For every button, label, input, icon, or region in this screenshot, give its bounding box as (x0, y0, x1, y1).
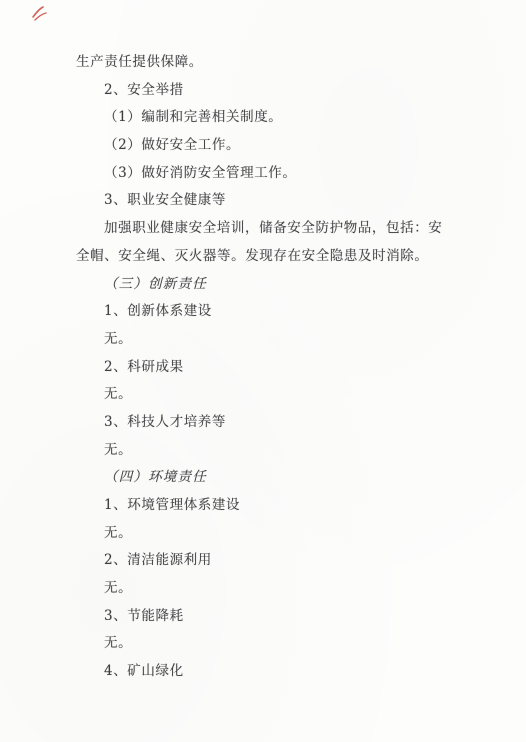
text-line: 无。 (76, 575, 458, 603)
text-line: 生产责任提供保障。 (76, 49, 458, 77)
text-line: （1）编制和完善相关制度。 (76, 104, 458, 132)
text-line: 无。 (76, 326, 458, 354)
text-line: 1、创新体系建设 (76, 298, 458, 326)
text-line: 3、职业安全健康等 (76, 187, 458, 215)
red-pen-mark-icon (30, 5, 50, 23)
text-line: 2、清洁能源利用 (76, 547, 458, 575)
text-line: 2、科研成果 (76, 354, 458, 382)
text-line: 4、矿山绿化 (76, 658, 458, 686)
text-line: （2）做好安全工作。 (76, 132, 458, 160)
text-line: （三）创新责任 (76, 271, 458, 299)
document-page: 生产责任提供保障。2、安全举措（1）编制和完善相关制度。（2）做好安全工作。（3… (0, 0, 526, 742)
text-line: 无。 (76, 520, 458, 548)
text-line: 1、环境管理体系建设 (76, 492, 458, 520)
text-line: 全帽、安全绳、灭火器等。发现存在安全隐患及时消除。 (76, 243, 458, 271)
text-line: 加强职业健康安全培训，储备安全防护物品，包括：安 (76, 215, 458, 243)
text-line: 2、安全举措 (76, 77, 458, 105)
text-line: 3、节能降耗 (76, 603, 458, 631)
text-line: 无。 (76, 381, 458, 409)
document-body: 生产责任提供保障。2、安全举措（1）编制和完善相关制度。（2）做好安全工作。（3… (76, 49, 458, 686)
text-line: （四）环境责任 (76, 464, 458, 492)
text-line: （3）做好消防安全管理工作。 (76, 160, 458, 188)
text-line: 3、科技人才培养等 (76, 409, 458, 437)
text-line: 无。 (76, 630, 458, 658)
text-line: 无。 (76, 437, 458, 465)
